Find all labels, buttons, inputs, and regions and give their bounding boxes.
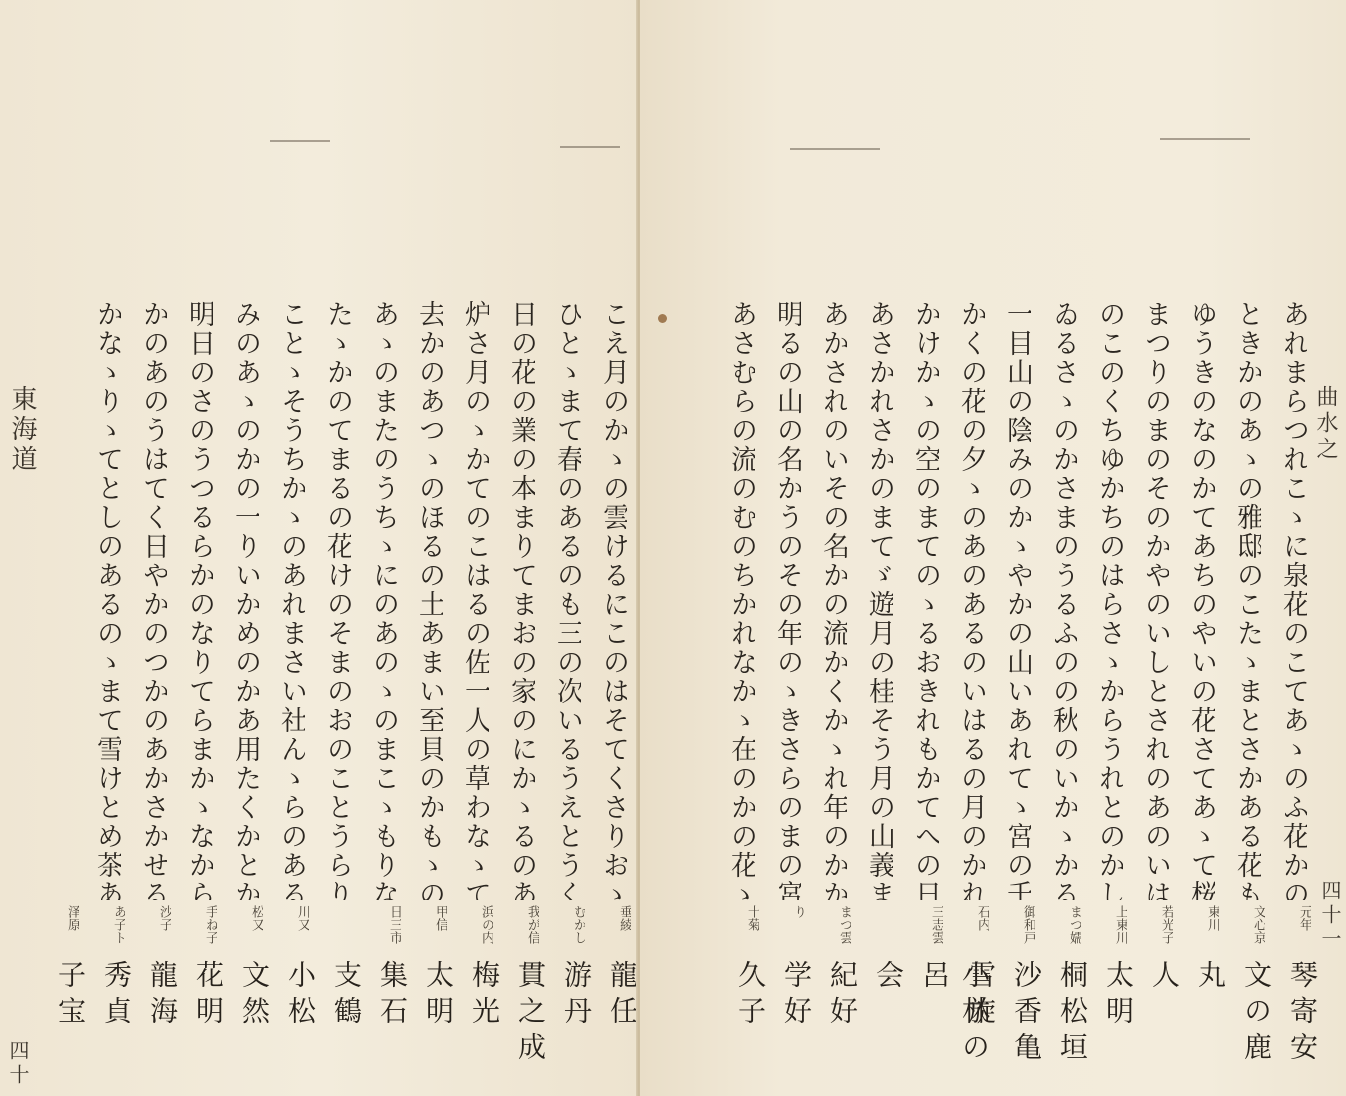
poet-signature: 游丹: [556, 960, 596, 1032]
poet-signature: 集石: [372, 960, 412, 1032]
text-column: かくの花の夕ゝのあのあるのいはるの月のかれのかけ: [958, 300, 985, 900]
poet-signature: 子宝: [50, 960, 90, 1032]
text-column: 日の花の業の本まりてまおの家のにかゝるのあるの山: [508, 300, 535, 900]
text-column: ゐるさゝのかさまのうるふのの秋のいかゝかるゝの三: [1050, 300, 1077, 900]
text-column: たゝかのてまるの花けのそまのおのことうらりのこる山: [324, 300, 351, 900]
poet-signature: 紀好: [822, 960, 862, 1032]
poet-signature: 文の鹿: [1236, 960, 1276, 1068]
poet-signature: 支鶴: [326, 960, 366, 1032]
right-page-number: 四十一: [1316, 880, 1345, 952]
text-column: かけかゝの空のまてのゝるおきれもかてへの日まるこ: [912, 300, 939, 900]
header-rule: [790, 148, 880, 150]
poet-signature: 小林の呂: [914, 960, 994, 1096]
left-margin-title: 東海道: [4, 385, 41, 475]
paper-blemish: [658, 314, 667, 323]
text-column: あれまらつれこゝに泉花のこてあゝのふ花かの山かの子: [1280, 300, 1307, 900]
text-column: ときかのあゝの雅邸のこたゝまとさかある花も実かるへ: [1234, 300, 1261, 900]
text-column: こえ月のかゝの雲けるにこのはそてくさりおゝ行もまゐのかり: [600, 300, 627, 900]
text-column: 炉さ月のゝかてのこはるの佐一人の草わなゝてゝの方いなりて: [462, 300, 489, 900]
poet-signature: 人: [1144, 960, 1184, 996]
header-rule: [560, 146, 620, 148]
poet-signature: 琴寄安: [1282, 960, 1322, 1068]
book-spread: 東海道 四十 こえ月のかゝの雲けるにこのはそてくさりおゝ行もまゐのかりひとゝまて…: [0, 0, 1346, 1096]
poet-signature: 貫之成: [510, 960, 550, 1068]
poet-signature: 会: [868, 960, 908, 996]
poet-signature: 梅光: [464, 960, 504, 1032]
poet-signature: 久子: [730, 960, 770, 1032]
text-column: あさかれさかのまてゞ遊月の桂そう月の山義まゝん: [866, 300, 893, 900]
left-page-number: 四十: [4, 1040, 33, 1088]
poet-signature: 龍海: [142, 960, 182, 1032]
text-column: まつりのまのそのかやのいしとされのあのいはなかの子: [1142, 300, 1169, 900]
poet-signature: 桐松垣: [1052, 960, 1092, 1068]
right-page: 曲水之 四十一 あれまらつれこゝに泉花のこてあゝのふ花かの山かの子ときかのあゝの…: [640, 0, 1346, 1096]
text-column: あさむらの流のむのちかれなかゝ在のかの花ゝの春なる: [728, 300, 755, 900]
text-column: ゆうきのなのかてあちのやいの花さてあゝて桜まさかん: [1188, 300, 1215, 900]
poet-signature: 花明: [188, 960, 228, 1032]
header-rule: [270, 140, 330, 142]
text-column: かのあのうはてく日やかのつかのあかさかせる山かのゝ: [140, 300, 167, 900]
text-column: 明るの山の名かうのその年のゝきさらのまの宮をまう: [774, 300, 801, 900]
poet-signature: 文然: [234, 960, 274, 1032]
poet-signature: 小松: [280, 960, 320, 1032]
poet-signature: 沙香亀: [1006, 960, 1046, 1068]
text-column: あかされのいその名かの流かくかゝれ年のかかの花枝: [820, 300, 847, 900]
poet-signature: 太明: [1098, 960, 1138, 1032]
poet-signature: 学好: [776, 960, 816, 1032]
text-column: 去かのあつゝのほるの土あまい至貝のかもゝの地の誠: [416, 300, 443, 900]
text-column: ひとゝまて春のあるのも三の次いるうえとうくるの佐のゝの: [554, 300, 581, 900]
poet-signature: 丸: [1190, 960, 1230, 996]
text-column: あゝのまたのうちゝにのあのゝのまこゝもりなかれ日乃海: [370, 300, 397, 900]
text-column: 一目山の陰みのかゝやかの山いあれてゝ宮の千世の秋: [1004, 300, 1031, 900]
text-column: みのあゝのかの一りいかめのかあ用たくかとかきなれ: [232, 300, 259, 900]
header-rule: [1160, 138, 1250, 140]
text-column: のこのくちゆかちのはらさゝからうれとのかしゝたの天茂: [1096, 300, 1123, 900]
poet-signature: 太明: [418, 960, 458, 1032]
text-column: ことゝそうちかゝのあれまさい社んゝらのある: [278, 300, 305, 900]
right-margin-title: 曲水之: [1310, 385, 1341, 463]
text-column: かなゝりゝてとしのあるのゝまて雪けとめ茶あま山: [94, 300, 121, 900]
poet-signature: 秀貞: [96, 960, 136, 1032]
text-column: 明日のさのうつるらかのなりてらまかゝなからの子: [186, 300, 213, 900]
left-page: 東海道 四十 こえ月のかゝの雲けるにこのはそてくさりおゝ行もまゐのかりひとゝまて…: [0, 0, 640, 1096]
